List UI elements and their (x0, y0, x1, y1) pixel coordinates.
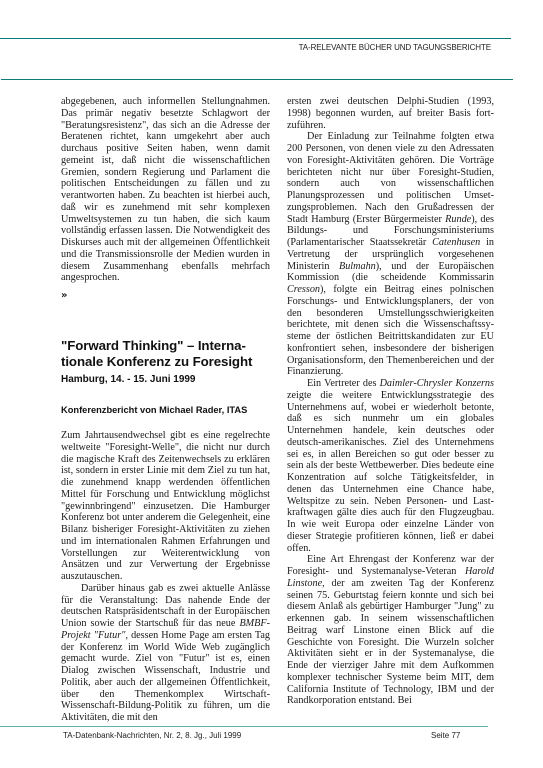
footer-publication: TA-Datenbank-Nachrichten, Nr. 2, 8. Jg.,… (63, 731, 241, 740)
right-column: ersten zwei deutschen Delphi-Studien (19… (287, 96, 494, 707)
article-paragraph-3: ersten zwei deutschen Delphi-Studien (19… (287, 96, 494, 131)
article-subtitle: Hamburg, 14. - 15. Juni 1999 (61, 374, 270, 386)
article-byline: Konferenzbericht von Michael Rader, ITAS (61, 404, 270, 416)
emphasis-name: Cresson (287, 284, 320, 295)
header-rule-top (0, 38, 511, 39)
article-paragraph-2: Darüber hinaus gab es zwei aktuelle An­l… (61, 583, 270, 724)
text-run: Eine Art Ehrengast der Konferenz war der… (287, 554, 494, 577)
text-run: zeigte die weitere Entwicklungsstrategie… (287, 390, 494, 554)
end-mark: » (61, 290, 270, 302)
running-head: TA-RELEVANTE BÜCHER UND TAGUNGSBERICHTE (299, 43, 491, 52)
header-rule-bottom (1, 79, 513, 80)
article-paragraph-1: Zum Jahrtausendwechsel gibt es eine rege… (61, 430, 270, 583)
footer-page-number: Seite 77 (431, 731, 460, 740)
text-run: ), folgte ein Beitrag eines polnischen F… (287, 284, 494, 377)
article-title: "Forward Thinking" – Interna­tionale Kon… (61, 338, 270, 369)
footer-rule (0, 726, 488, 727)
continued-paragraph: abgegebenen, auch informellen Stellungna… (61, 96, 270, 284)
text-run: Ein Vertreter des (307, 378, 380, 389)
article-paragraph-5: Ein Vertreter des Daimler-Chrysler Kon­z… (287, 378, 494, 554)
left-column: abgegebenen, auch informellen Stellungna… (61, 96, 270, 724)
text-run: , dessen Home Page am ersten Tag der Kon… (61, 630, 270, 723)
article-paragraph-4: Der Einladung zur Teilnahme folgten etwa… (287, 131, 494, 378)
text-run: Der Einladung zur Teilnahme folgten etwa… (287, 131, 494, 224)
article-paragraph-6: Eine Art Ehrengast der Konferenz war der… (287, 554, 494, 707)
emphasis-name: Catenhusen (432, 237, 480, 248)
emphasis-name: Bulmahn (339, 261, 376, 272)
text-run: , der am zweiten Tag der Konferenz seine… (287, 578, 494, 707)
emphasis-name: Runde (445, 214, 471, 225)
emphasis-company: Daimler-Chrysler Kon­zerns (380, 378, 494, 389)
